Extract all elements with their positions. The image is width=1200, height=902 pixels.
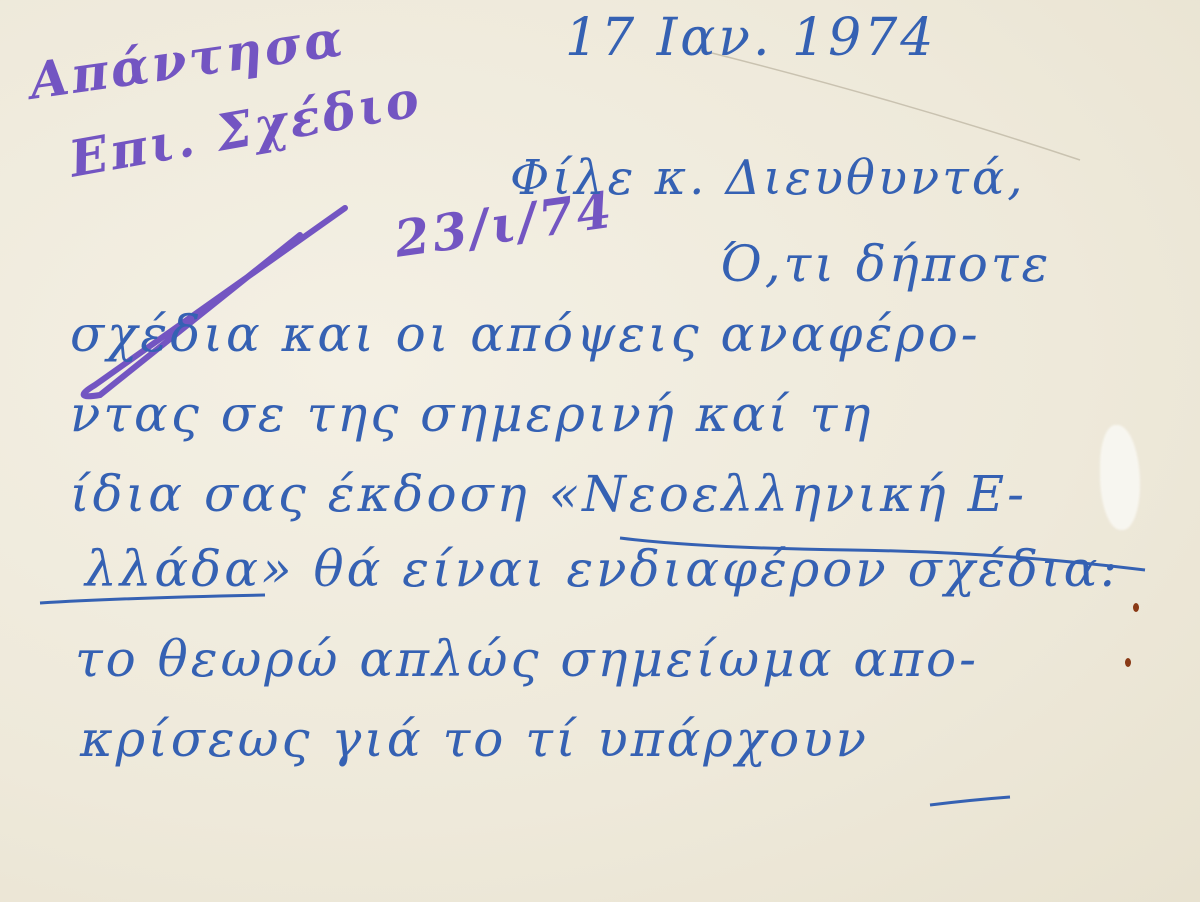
body-line: σχέδια και οι απόψεις αναφέρο-: [70, 305, 981, 363]
letter-page: 17 Ιαν. 1974 Απάντησα Επι. Σχέδιο 23/ι/7…: [0, 0, 1200, 902]
body-line: Ό,τι δήποτε: [720, 235, 1051, 293]
letter-date: 17 Ιαν. 1974: [565, 8, 936, 68]
body-line: λλάδα» θά είναι ενδιαφέρον σχέδια:: [85, 540, 1120, 598]
body-line: κρίσεως γιά το τί υπάρχουν: [80, 710, 869, 768]
body-line: ντας σε της σημερινή καί τη: [70, 385, 873, 443]
body-line: ίδια σας έκδοση «Νεοελληνική Ε-: [70, 465, 1027, 523]
salutation: Φίλε κ. Διευθυντά,: [510, 150, 1026, 206]
body-line: το θεωρώ απλώς σημείωμα απο-: [75, 630, 979, 688]
